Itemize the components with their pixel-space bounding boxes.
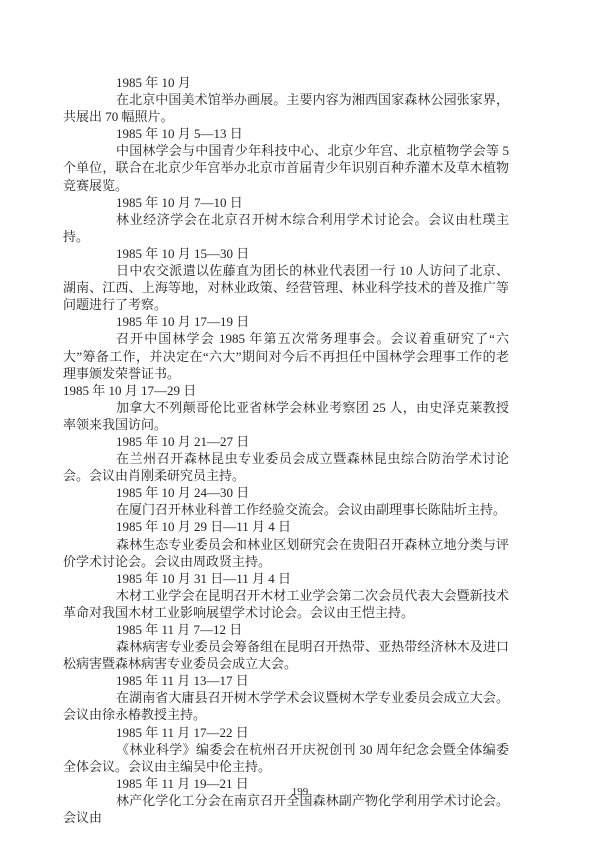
entry-date: 1985 年 10 月 29 日—11 月 4 日 (63, 518, 509, 535)
chronicle-text-block: 1985 年 10 月 在北京中国美术馆举办画展。主要内容为湘西国家森林公园张家… (63, 74, 509, 826)
entry-body: 加拿大不列颠哥伦比亚省林学会林业考察团 25 人，由史泽克莱教授率领来我国访问。 (63, 399, 509, 433)
entry-body: 在湖南省大庸县召开树木学学术会议暨树木学专业委员会成立大会。会议由徐永椿教授主持… (63, 689, 509, 723)
entry-body: 在厦门召开林业科普工作经验交流会。会议由副理事长陈陆圻主持。 (63, 501, 509, 518)
page-number: 199 (0, 785, 600, 799)
entry-body: 林业经济学会在北京召开树木综合利用学术讨论会。会议由杜璞主持。 (63, 211, 509, 245)
entry-date: 1985 年 10 月 31 日—11 月 4 日 (63, 570, 509, 587)
entry-body: 在北京中国美术馆举办画展。主要内容为湘西国家森林公园张家界，共展出 70 幅照片… (63, 91, 509, 125)
entry-date: 1985 年 10 月 17—19 日 (63, 313, 509, 330)
document-page: 1985 年 10 月 在北京中国美术馆举办画展。主要内容为湘西国家森林公园张家… (0, 0, 600, 848)
entry-date: 1985 年 10 月 (63, 74, 509, 91)
entry-body: 森林病害专业委员会筹备组在昆明召开热带、亚热带经济林木及进口松病害暨森林病害专业… (63, 638, 509, 672)
entry-date: 1985 年 10 月 7—10 日 (63, 194, 509, 211)
entry-date: 1985 年 11 月 7—12 日 (63, 621, 509, 638)
entry-body: 木材工业学会在昆明召开木材工业学会第二次会员代表大会暨新技术革命对我国木材工业影… (63, 587, 509, 621)
entry-body: 《林业科学》编委会在杭州召开庆祝创刊 30 周年纪念会暨全体编委全体会议。会议由… (63, 741, 509, 775)
entry-body: 召开中国林学会 1985 年第五次常务理事会。会议着重研究了“六大”筹备工作，并… (63, 330, 509, 381)
entry-date: 1985 年 10 月 21—27 日 (63, 433, 509, 450)
entry-date: 1985 年 11 月 13—17 日 (63, 672, 509, 689)
entry-body: 日中农交派遣以佐藤直为团长的林业代表团一行 10 人访问了北京、湖南、江西、上海… (63, 262, 509, 313)
entry-date: 1985 年 11 月 17—22 日 (63, 724, 509, 741)
entry-body: 中国林学会与中国青少年科技中心、北京少年宫、北京植物学会等 5 个单位，联合在北… (63, 142, 509, 193)
entry-date: 1985 年 10 月 15—30 日 (63, 245, 509, 262)
entry-body: 森林生态专业委员会和林业区划研究会在贵阳召开森林立地分类与评价学术讨论会。会议由… (63, 536, 509, 570)
entry-body: 在兰州召开森林昆虫专业委员会成立暨森林昆虫综合防治学术讨论会。会议由肖刚柔研究员… (63, 450, 509, 484)
entry-date: 1985 年 10 月 24—30 日 (63, 484, 509, 501)
entry-date: 1985 年 10 月 17—29 日 (63, 382, 509, 399)
entry-date: 1985 年 10 月 5—13 日 (63, 125, 509, 142)
